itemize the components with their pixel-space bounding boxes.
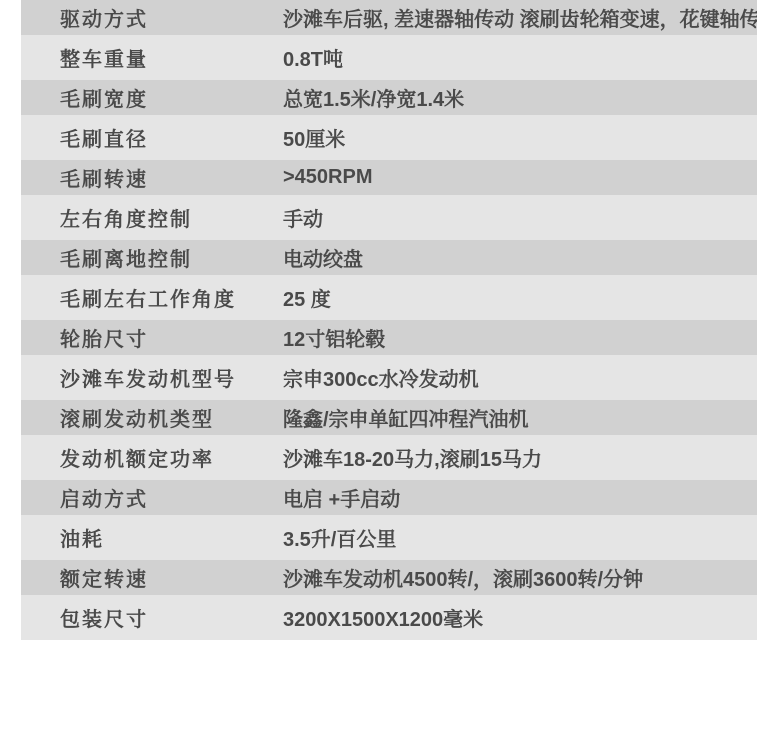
spec-value: 宗申300cc水冷发动机 bbox=[283, 363, 757, 392]
table-row: 沙滩车发动机型号宗申300cc水冷发动机 bbox=[21, 355, 757, 400]
spec-value: 0.8T吨 bbox=[283, 43, 757, 72]
spec-value: 沙滩车发动机4500转/，滚刷3600转/分钟 bbox=[283, 563, 757, 592]
spec-value: 12寸铝轮毂 bbox=[283, 323, 757, 352]
spec-label: 左右角度控制 bbox=[21, 203, 283, 232]
table-row: 启动方式电启 +手启动 bbox=[21, 480, 757, 515]
spec-value: 手动 bbox=[283, 203, 757, 232]
table-row: 轮胎尺寸12寸铝轮毂 bbox=[21, 320, 757, 355]
spec-label: 毛刷转速 bbox=[21, 163, 283, 192]
spec-value: 3200X1500X1200毫米 bbox=[283, 603, 757, 632]
page: 驱动方式沙滩车后驱, 差速器轴传动 滚刷齿轮箱变速，花键轴传动整车重量0.8T吨… bbox=[0, 0, 782, 736]
spec-table: 驱动方式沙滩车后驱, 差速器轴传动 滚刷齿轮箱变速，花键轴传动整车重量0.8T吨… bbox=[21, 0, 757, 640]
table-row: 驱动方式沙滩车后驱, 差速器轴传动 滚刷齿轮箱变速，花键轴传动 bbox=[21, 0, 757, 35]
spec-label: 毛刷宽度 bbox=[21, 83, 283, 112]
table-row: 毛刷左右工作角度25 度 bbox=[21, 275, 757, 320]
spec-label: 毛刷直径 bbox=[21, 123, 283, 152]
spec-value: 25 度 bbox=[283, 283, 757, 312]
spec-label: 毛刷左右工作角度 bbox=[21, 283, 283, 312]
spec-value: 3.5升/百公里 bbox=[283, 523, 757, 552]
spec-label: 额定转速 bbox=[21, 563, 283, 592]
spec-value: 50厘米 bbox=[283, 123, 757, 152]
table-row: 包装尺寸3200X1500X1200毫米 bbox=[21, 595, 757, 640]
table-row: 毛刷转速>450RPM bbox=[21, 160, 757, 195]
spec-label: 滚刷发动机类型 bbox=[21, 403, 283, 432]
spec-label: 轮胎尺寸 bbox=[21, 323, 283, 352]
table-row: 毛刷离地控制电动绞盘 bbox=[21, 240, 757, 275]
table-row: 整车重量0.8T吨 bbox=[21, 35, 757, 80]
spec-value: 沙滩车后驱, 差速器轴传动 滚刷齿轮箱变速，花键轴传动 bbox=[283, 3, 757, 32]
table-row: 毛刷宽度总宽1.5米/净宽1.4米 bbox=[21, 80, 757, 115]
spec-value: 沙滩车18-20马力,滚刷15马力 bbox=[283, 443, 757, 472]
spec-label: 驱动方式 bbox=[21, 3, 283, 32]
spec-value: 总宽1.5米/净宽1.4米 bbox=[283, 83, 757, 112]
spec-label: 启动方式 bbox=[21, 483, 283, 512]
spec-label: 包装尺寸 bbox=[21, 603, 283, 632]
table-row: 毛刷直径50厘米 bbox=[21, 115, 757, 160]
spec-label: 沙滩车发动机型号 bbox=[21, 363, 283, 392]
spec-label: 油耗 bbox=[21, 523, 283, 552]
spec-label: 整车重量 bbox=[21, 43, 283, 72]
spec-value: 电启 +手启动 bbox=[283, 483, 757, 512]
spec-label: 发动机额定功率 bbox=[21, 443, 283, 472]
spec-value: 电动绞盘 bbox=[283, 243, 757, 272]
table-row: 油耗3.5升/百公里 bbox=[21, 515, 757, 560]
spec-value: 隆鑫/宗申单缸四冲程汽油机 bbox=[283, 403, 757, 432]
table-row: 额定转速沙滩车发动机4500转/，滚刷3600转/分钟 bbox=[21, 560, 757, 595]
table-row: 滚刷发动机类型隆鑫/宗申单缸四冲程汽油机 bbox=[21, 400, 757, 435]
table-row: 发动机额定功率沙滩车18-20马力,滚刷15马力 bbox=[21, 435, 757, 480]
spec-value: >450RPM bbox=[283, 166, 757, 189]
table-row: 左右角度控制手动 bbox=[21, 195, 757, 240]
spec-label: 毛刷离地控制 bbox=[21, 243, 283, 272]
